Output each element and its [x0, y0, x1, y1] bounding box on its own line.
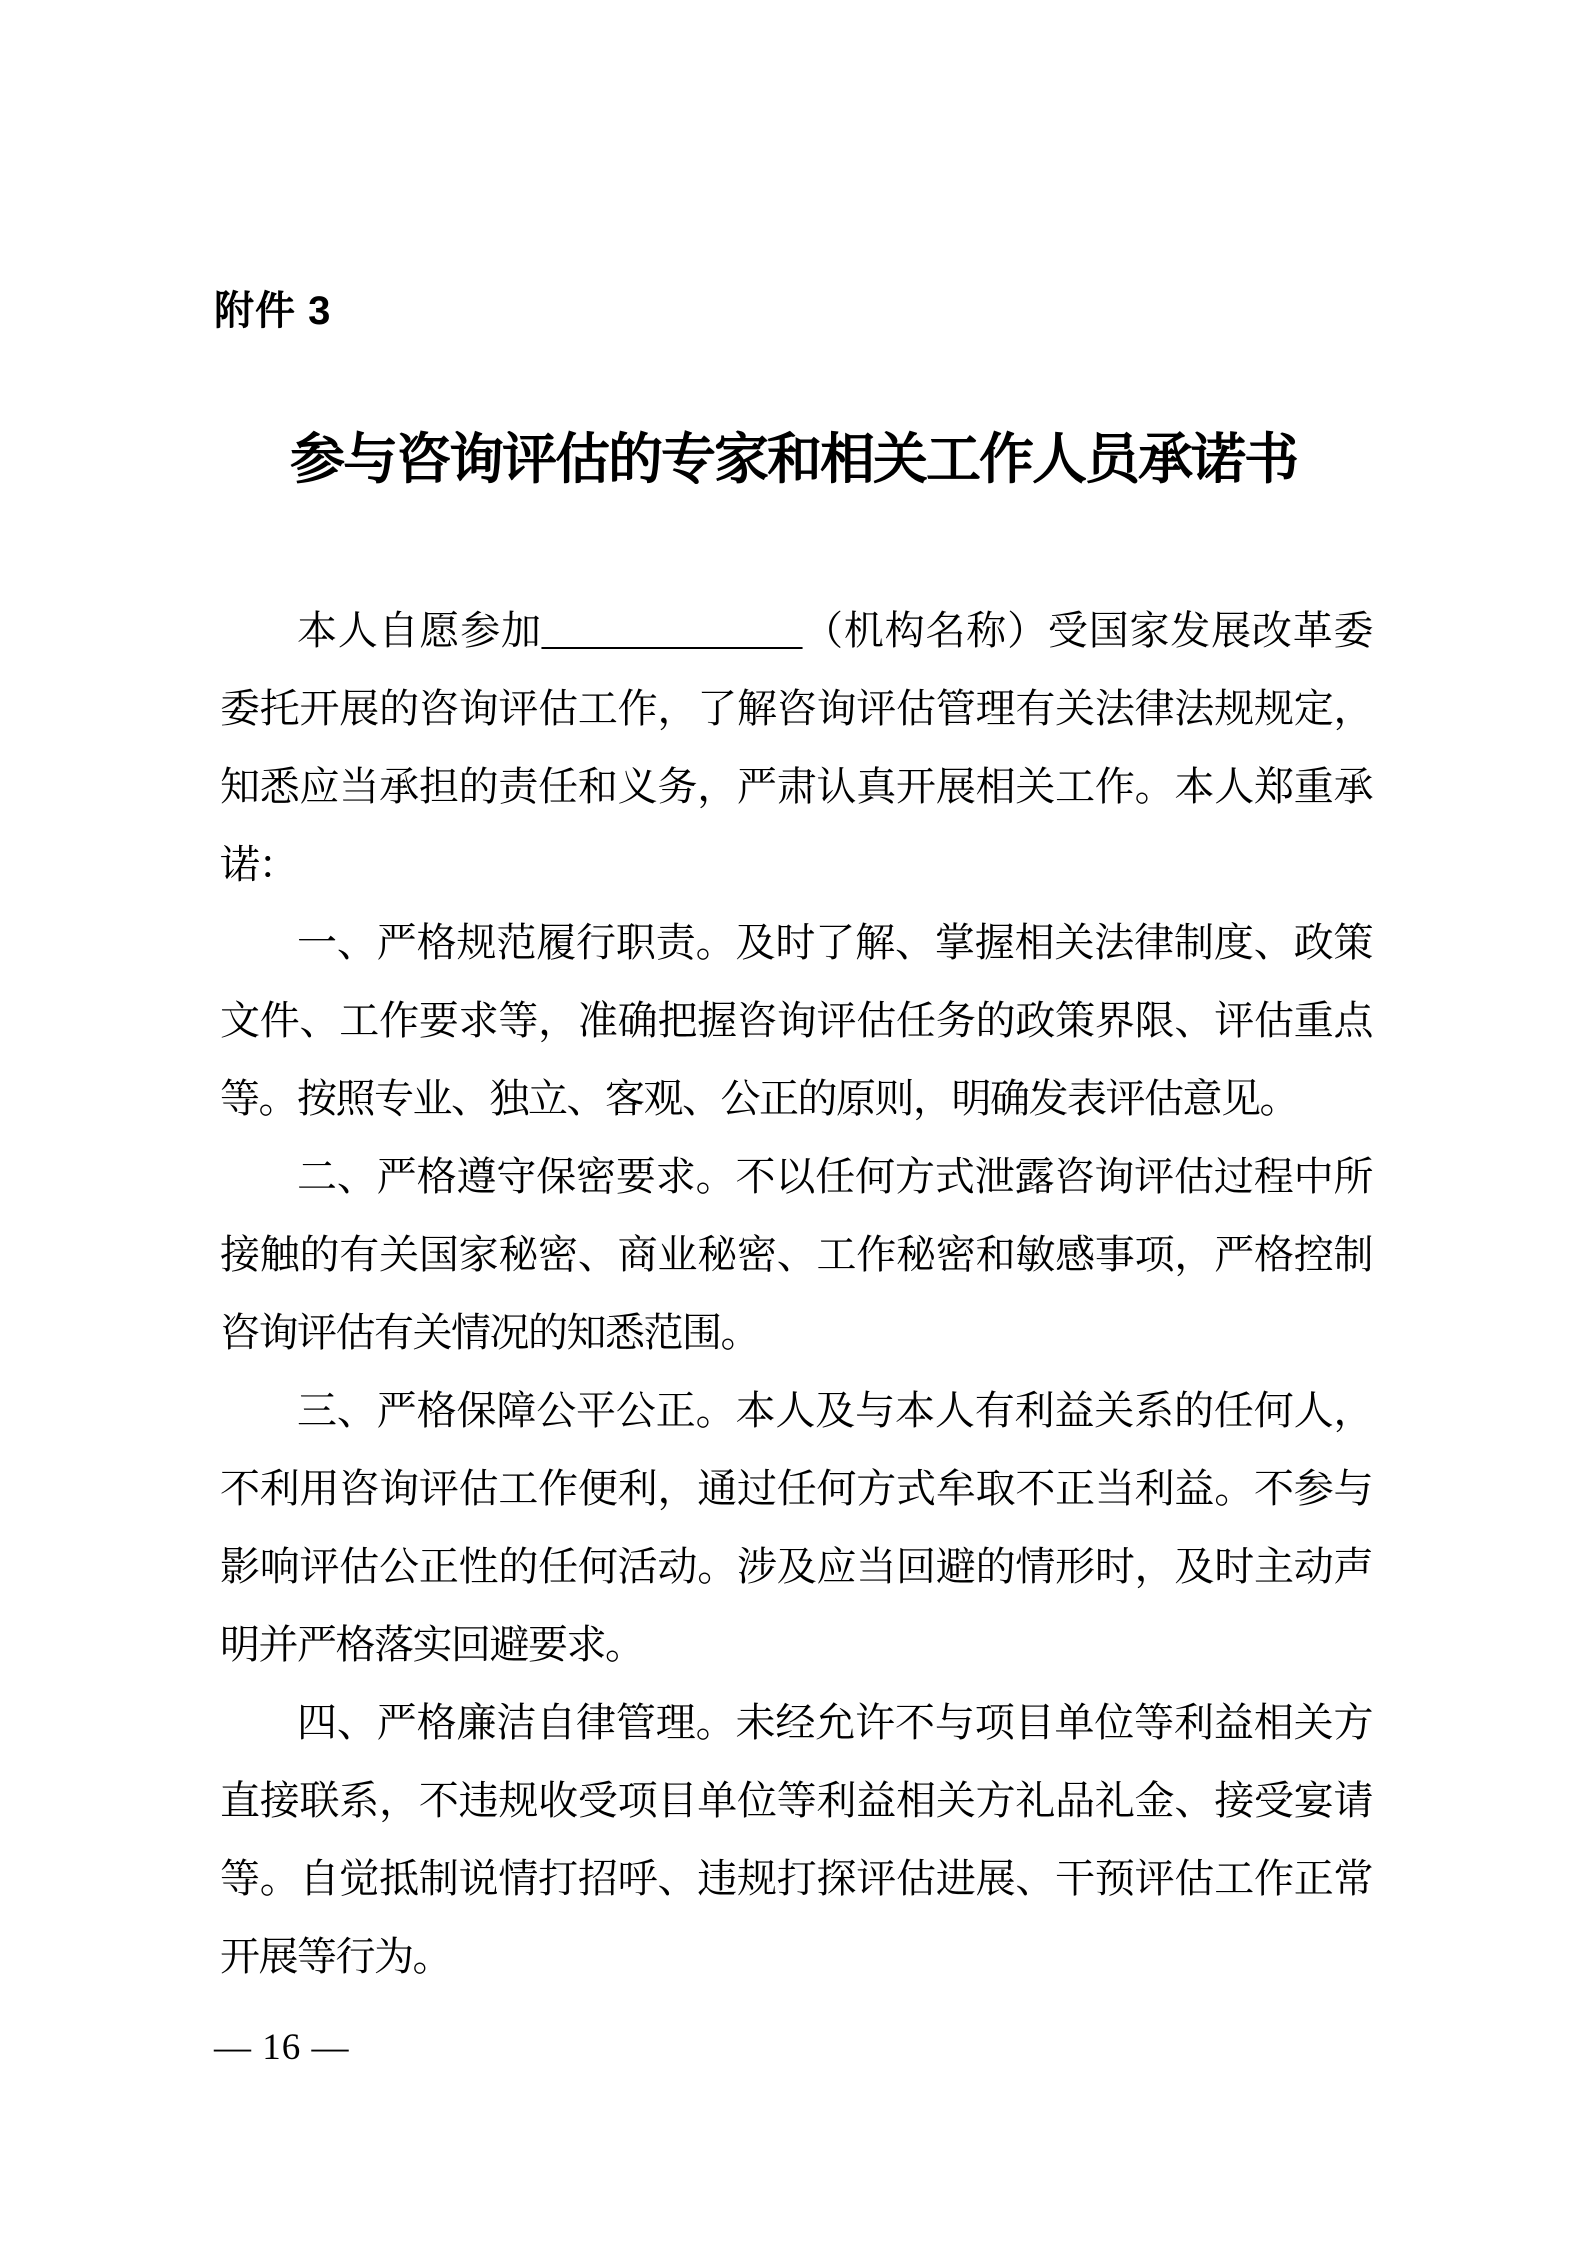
- intro-line-4: 诺：: [220, 826, 1372, 904]
- commitment-1-line-2: 文件、工作要求等，准确把握咨询评估任务的政策界限、评估重点: [220, 982, 1372, 1060]
- commitment-2-line-2: 接触的有关国家秘密、商业秘密、工作秘密和敏感事项，严格控制: [220, 1216, 1372, 1294]
- intro-line-1: 本人自愿参加______________（机构名称）受国家发展改革委: [220, 592, 1372, 670]
- intro-line-2: 委托开展的咨询评估工作，了解咨询评估管理有关法律法规规定，: [220, 670, 1372, 748]
- commitment-2-line-3: 咨询评估有关情况的知悉范围。: [220, 1294, 1372, 1372]
- attachment-label: 附件 3: [214, 288, 331, 334]
- commitment-3-line-1: 三、严格保障公平公正。本人及与本人有利益关系的任何人，: [220, 1372, 1372, 1450]
- commitment-1-line-3: 等。按照专业、独立、客观、公正的原则，明确发表评估意见。: [220, 1060, 1372, 1138]
- document-title: 参与咨询评估的专家和相关工作人员承诺书: [0, 427, 1587, 493]
- commitment-3-line-2: 不利用咨询评估工作便利，通过任何方式牟取不正当利益。不参与: [220, 1450, 1372, 1528]
- commitment-4-line-1: 四、严格廉洁自律管理。未经允许不与项目单位等利益相关方: [220, 1684, 1372, 1762]
- commitment-4-line-2: 直接联系，不违规收受项目单位等利益相关方礼品礼金、接受宴请: [220, 1762, 1372, 1840]
- commitment-4-line-4: 开展等行为。: [220, 1918, 1372, 1996]
- commitment-4-line-3: 等。自觉抵制说情打招呼、违规打探评估进展、干预评估工作正常: [220, 1840, 1372, 1918]
- page-number-footer: — 16 —: [214, 2026, 350, 2070]
- document-body: 本人自愿参加______________（机构名称）受国家发展改革委 委托开展的…: [220, 592, 1372, 1996]
- intro-line-3: 知悉应当承担的责任和义务，严肃认真开展相关工作。本人郑重承: [220, 748, 1372, 826]
- commitment-2-line-1: 二、严格遵守保密要求。不以任何方式泄露咨询评估过程中所: [220, 1138, 1372, 1216]
- document-page: 附件 3 参与咨询评估的专家和相关工作人员承诺书 本人自愿参加_________…: [0, 0, 1587, 2245]
- commitment-1-line-1: 一、严格规范履行职责。及时了解、掌握相关法律制度、政策: [220, 904, 1372, 982]
- commitment-3-line-3: 影响评估公正性的任何活动。涉及应当回避的情形时，及时主动声: [220, 1528, 1372, 1606]
- commitment-3-line-4: 明并严格落实回避要求。: [220, 1606, 1372, 1684]
